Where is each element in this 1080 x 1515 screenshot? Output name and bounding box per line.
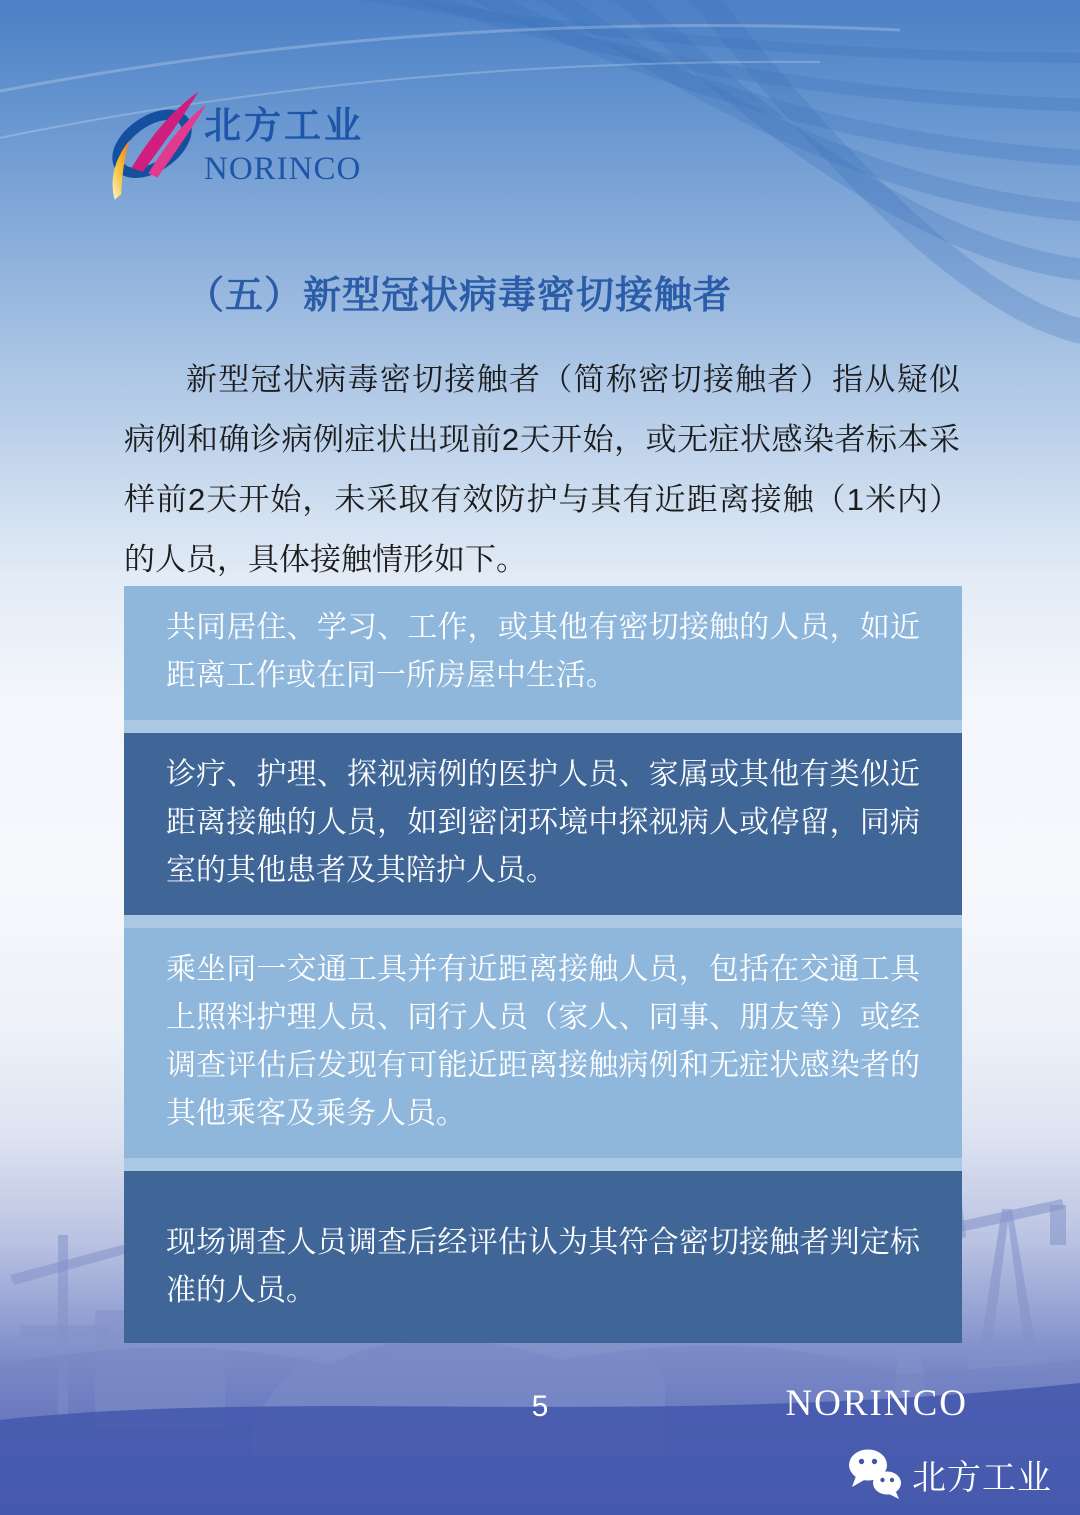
contact-situation-list: 共同居住、学习、工作，或其他有密切接触的人员，如近距离工作或在同一所房屋中生活。… bbox=[124, 586, 962, 1343]
wechat-icon bbox=[848, 1448, 902, 1500]
norinco-swoosh-icon bbox=[96, 80, 208, 202]
contact-box-cohabitation: 共同居住、学习、工作，或其他有密切接触的人员，如近距离工作或在同一所房屋中生活。 bbox=[124, 586, 962, 720]
box-gap bbox=[124, 1158, 962, 1171]
logo-company-name-en: NORINCO bbox=[204, 151, 364, 188]
box-gap bbox=[124, 720, 962, 733]
wechat-account-badge: 北方工业 bbox=[848, 1448, 1052, 1500]
footer-brand: NORINCO bbox=[785, 1382, 968, 1425]
intro-paragraph: 新型冠状病毒密切接触者（简称密切接触者）指从疑似病例和确诊病例症状出现前2天开始… bbox=[124, 350, 960, 590]
page-title: （五）新型冠状病毒密切接触者 bbox=[186, 264, 732, 319]
wechat-account-label: 北方工业 bbox=[912, 1450, 1052, 1499]
contact-box-field-investigation: 现场调查人员调查后经评估认为其符合密切接触者判定标准的人员。 bbox=[124, 1171, 962, 1343]
box-gap bbox=[124, 915, 962, 928]
contact-box-transport: 乘坐同一交通工具并有近距离接触人员，包括在交通工具上照料护理人员、同行人员（家人… bbox=[124, 928, 962, 1158]
norinco-logo: 北方工业 NORINCO bbox=[96, 80, 364, 202]
contact-box-medical: 诊疗、护理、探视病例的医护人员、家属或其他有类似近距离接触的人员，如到密闭环境中… bbox=[124, 733, 962, 915]
logo-text: 北方工业 NORINCO bbox=[204, 95, 364, 188]
logo-company-name-cn: 北方工业 bbox=[204, 95, 364, 149]
document-page: 北方工业 NORINCO （五）新型冠状病毒密切接触者 新型冠状病毒密切接触者（… bbox=[0, 0, 1080, 1515]
